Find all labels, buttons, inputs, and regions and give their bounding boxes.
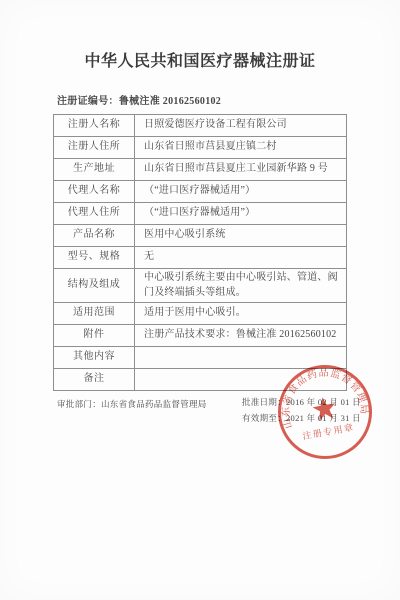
row-label-cell: 适用范围	[54, 303, 135, 325]
row-label-cell: 结构及组成	[54, 269, 135, 303]
table-row: 代理人住所 （“进口医疗器械适用”）	[54, 203, 347, 225]
row-value-cell: 日照爱德医疗设备工程有限公司	[135, 115, 347, 137]
certificate-page: 中华人民共和国医疗器械注册证 注册证编号：鲁械注准 20162560102 注册…	[0, 0, 400, 600]
table-row: 结构及组成 中心吸引系统主要由中心吸引站、管道、阀门及终端插头等组成。	[54, 269, 347, 303]
table-row: 注册人住所 山东省日照市莒县夏庄镇二村	[54, 137, 347, 159]
certificate-title: 中华人民共和国医疗器械注册证	[0, 48, 400, 71]
row-label-cell: 注册人住所	[54, 137, 135, 159]
row-label-cell: 注册人名称	[54, 115, 135, 137]
row-value-cell: 无	[135, 247, 347, 269]
table-row: 代理人名称 （“进口医疗器械适用”）	[54, 181, 347, 203]
row-value-cell: 中心吸引系统主要由中心吸引站、管道、阀门及终端插头等组成。	[135, 269, 347, 303]
table-row: 备注	[54, 369, 347, 391]
row-value-cell: 山东省日照市莒县夏庄镇二村	[135, 137, 347, 159]
table-row: 其他内容	[54, 347, 347, 369]
row-value-cell	[135, 369, 347, 391]
valid-until-date: 有效期至：2021 年 01 月 31 日	[242, 410, 361, 426]
row-label-cell: 代理人名称	[54, 181, 135, 203]
row-value-cell: （“进口医疗器械适用”）	[135, 181, 347, 203]
row-label-cell: 附件	[54, 325, 135, 347]
row-label-cell: 型号、规格	[54, 247, 135, 269]
approval-date: 批准日期：2016 年 02 月 01 日	[242, 394, 361, 410]
table-row: 生产地址 山东省日照市莒县夏庄工业园新华路 9 号	[54, 159, 347, 181]
row-value-cell: 适用于医用中心吸引。	[135, 303, 347, 325]
registration-number-line: 注册证编号：鲁械注准 20162560102	[57, 92, 221, 107]
table-row: 产品名称 医用中心吸引系统	[54, 225, 347, 247]
table-row: 注册人名称 日照爱德医疗设备工程有限公司	[54, 115, 347, 137]
row-label-cell: 产品名称	[54, 225, 135, 247]
certificate-table: 注册人名称 日照爱德医疗设备工程有限公司 注册人住所 山东省日照市莒县夏庄镇二村…	[53, 114, 347, 391]
row-value-cell: 注册产品技术要求：鲁械注准 20162560102	[135, 325, 347, 347]
row-label-cell: 代理人住所	[54, 203, 135, 225]
registration-number-value: 鲁械注准 20162560102	[119, 96, 221, 107]
table-row: 型号、规格 无	[54, 247, 347, 269]
date-block: 批准日期：2016 年 02 月 01 日 有效期至：2021 年 01 月 3…	[242, 394, 361, 426]
row-value-cell: （“进口医疗器械适用”）	[135, 203, 347, 225]
row-label-cell: 其他内容	[54, 347, 135, 369]
row-value-cell: 山东省日照市莒县夏庄工业园新华路 9 号	[135, 159, 347, 181]
row-label-cell: 备注	[54, 369, 135, 391]
table-row: 适用范围 适用于医用中心吸引。	[54, 303, 347, 325]
row-value-cell: 医用中心吸引系统	[135, 225, 347, 247]
table-row: 附件 注册产品技术要求：鲁械注准 20162560102	[54, 325, 347, 347]
registration-number-label: 注册证编号：	[57, 96, 119, 107]
row-label-cell: 生产地址	[54, 159, 135, 181]
approval-department: 审批部门：山东省食品药品监督管理局	[57, 398, 207, 410]
row-value-cell	[135, 347, 347, 369]
